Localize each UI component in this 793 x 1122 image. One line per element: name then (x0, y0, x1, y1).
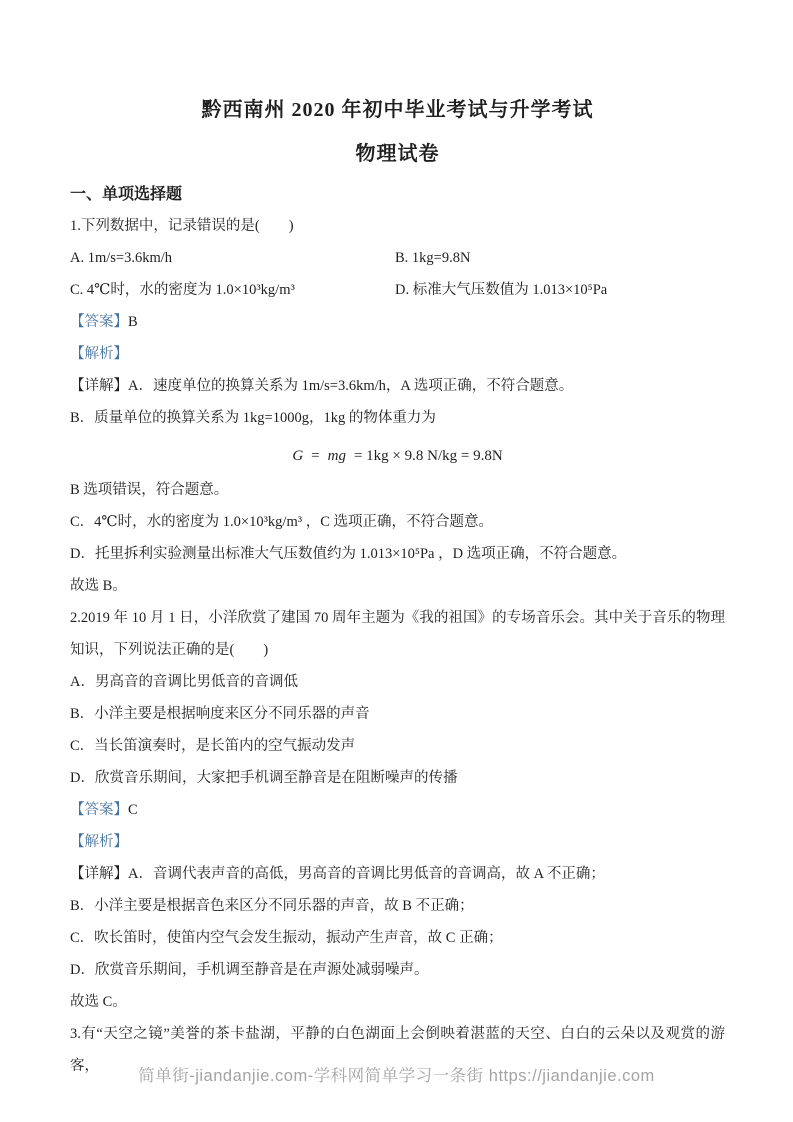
q1-option-a: A. 1m/s=3.6km/h (70, 242, 395, 274)
q1-detail-line: C．4℃时，水的密度为 1.0×10³kg/m³ ，C 选项正确，不符合题意。 (70, 506, 725, 538)
q2-option-a: A．男高音的音调比男低音的音调低 (70, 666, 725, 698)
analysis-label: 【解析】 (70, 346, 128, 362)
formula-rhs: = 1kg × 9.8 N/kg = 9.8N (354, 448, 503, 464)
exam-title: 黔西南州 2020 年初中毕业考试与升学考试 (70, 96, 725, 124)
q1-option-c: C. 4℃时，水的密度为 1.0×10³kg/m³ (70, 274, 395, 306)
q2-detail-line: C．吹长笛时，使笛内空气会发生振动，振动产生声音，故 C 正确； (70, 922, 725, 954)
q1-option-d: D. 标准大气压数值为 1.013×10⁵Pa (395, 274, 725, 306)
section-heading: 一、单项选择题 (70, 180, 725, 210)
q1-detail-line: B．质量单位的换算关系为 1kg=1000g，1kg 的物体重力为 (70, 402, 725, 434)
exam-paper-page: 黔西南州 2020 年初中毕业考试与升学考试 物理试卷 一、单项选择题 1.下列… (0, 0, 793, 1122)
formula-symbol-mg: mg (328, 448, 346, 464)
document-content: 黔西南州 2020 年初中毕业考试与升学考试 物理试卷 一、单项选择题 1.下列… (70, 0, 725, 1082)
answer-label: 【答案】 (70, 802, 128, 818)
q2-answer-value: C (128, 802, 138, 818)
q2-detail-line: D．欣赏音乐期间，手机调至静音是在声源处减弱噪声。 (70, 954, 725, 986)
q1-gravity-formula: G=mg= 1kg × 9.8 N/kg = 9.8N (70, 440, 725, 472)
paper-subtitle: 物理试卷 (70, 140, 725, 168)
q1-options-row-1: A. 1m/s=3.6km/h B. 1kg=9.8N (70, 242, 725, 274)
q1-detail-line: 【详解】A．速度单位的换算关系为 1m/s=3.6km/h，A 选项正确，不符合… (70, 370, 725, 402)
q1-conclusion: 故选 B。 (70, 570, 725, 602)
q2-option-c: C．当长笛演奏时，是长笛内的空气振动发声 (70, 730, 725, 762)
q2-option-d: D．欣赏音乐期间，大家把手机调至静音是在阻断噪声的传播 (70, 762, 725, 794)
formula-symbol-G: G (292, 448, 303, 464)
q1-options-row-2: C. 4℃时，水的密度为 1.0×10³kg/m³ D. 标准大气压数值为 1.… (70, 274, 725, 306)
watermark-footer: 简单街-jiandanjie.com-学科网简单学习一条街 https://ji… (0, 1062, 793, 1086)
q1-answer-value: B (128, 314, 138, 330)
q1-answer-line: 【答案】B (70, 306, 725, 338)
q2-detail-line: B．小洋主要是根据音色来区分不同乐器的声音，故 B 不正确； (70, 890, 725, 922)
answer-label: 【答案】 (70, 314, 128, 330)
q2-option-b: B．小洋主要是根据响度来区分不同乐器的声音 (70, 698, 725, 730)
q2-stem: 2.2019 年 10 月 1 日，小洋欣赏了建国 70 周年主题为《我的祖国》… (70, 602, 725, 666)
q1-option-b: B. 1kg=9.8N (395, 242, 725, 274)
q1-detail-line: D．托里拆利实验测量出标准大气压数值约为 1.013×10⁵Pa ，D 选项正确… (70, 538, 725, 570)
q2-analysis-line: 【解析】 (70, 826, 725, 858)
analysis-label: 【解析】 (70, 834, 128, 850)
formula-equals: = (311, 448, 319, 464)
q2-answer-line: 【答案】C (70, 794, 725, 826)
q1-stem: 1.下列数据中，记录错误的是( ) (70, 210, 725, 242)
q1-detail-line: B 选项错误，符合题意。 (70, 474, 725, 506)
q2-conclusion: 故选 C。 (70, 986, 725, 1018)
q1-analysis-line: 【解析】 (70, 338, 725, 370)
q2-detail-line: 【详解】A．音调代表声音的高低，男高音的音调比男低音的音调高，故 A 不正确； (70, 858, 725, 890)
